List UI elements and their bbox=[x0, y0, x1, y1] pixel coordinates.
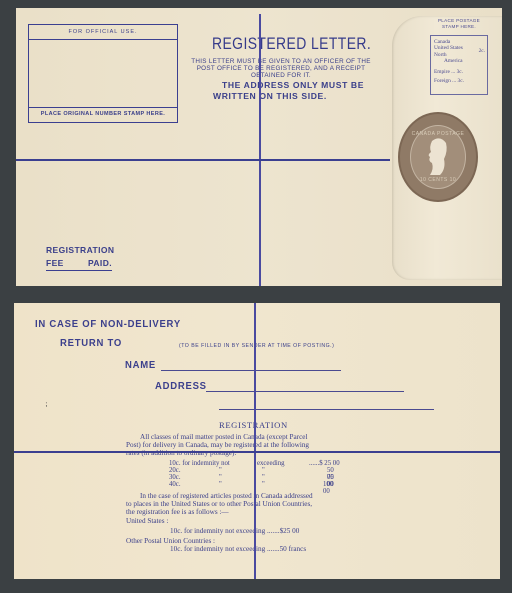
address-field-line-1[interactable] bbox=[206, 391, 404, 392]
postage-row: Empire ... 3c. bbox=[434, 69, 485, 75]
ink-speck: ⁏ bbox=[45, 400, 47, 408]
official-use-box: FOR OFFICIAL USE. PLACE ORIGINAL NUMBER … bbox=[28, 24, 178, 123]
address-field-line-2[interactable] bbox=[219, 409, 434, 410]
paragraph-line: All classes of mail matter posted in Can… bbox=[126, 433, 386, 441]
rate-col: exceeding bbox=[257, 460, 285, 467]
king-profile-icon: CANADA POSTAGE 10 CENTS 10 bbox=[410, 125, 466, 189]
postage-header-line: STAMP HERE. bbox=[430, 24, 488, 30]
instruction-line: POST OFFICE TO BE REGISTERED, AND A RECE… bbox=[186, 65, 376, 72]
registration-fee-paid: REGISTRATION FEE PAID. bbox=[46, 244, 114, 271]
fill-in-note: (TO BE FILLED IN BY SENDER AT TIME OF PO… bbox=[179, 343, 334, 350]
rate-row: 10c. for indemnity not exceeding ......$… bbox=[169, 460, 230, 467]
rate-row: 40c. " " 100 00 bbox=[169, 481, 181, 488]
ditto-mark: " bbox=[219, 467, 222, 474]
horizontal-fold-line bbox=[14, 451, 500, 453]
embossed-stamp: CANADA POSTAGE 10 CENTS 10 bbox=[398, 112, 478, 202]
address-note-line: WRITTEN ON THIS SIDE. bbox=[213, 91, 364, 102]
horizontal-fold-line bbox=[16, 159, 390, 161]
rate-fee: 10c. for indemnity not bbox=[169, 460, 230, 467]
envelope-front: FOR OFFICIAL USE. PLACE ORIGINAL NUMBER … bbox=[16, 8, 502, 286]
envelope-back: IN CASE OF NON-DELIVERY RETURN TO (TO BE… bbox=[14, 303, 500, 579]
paid-label: PAID. bbox=[88, 257, 112, 270]
instruction-line: THIS LETTER MUST BE GIVEN TO AN OFFICER … bbox=[186, 58, 376, 65]
ditto-mark: " bbox=[219, 481, 222, 488]
ditto-mark: " bbox=[262, 474, 265, 481]
us-rate: 10c. for indemnity not exceeding .......… bbox=[126, 527, 391, 535]
non-delivery-heading: IN CASE OF NON-DELIVERY bbox=[35, 319, 181, 330]
portrait-icon bbox=[410, 125, 466, 189]
registered-letter-title: REGISTERED LETTER. bbox=[212, 34, 371, 54]
rate-fee: 20c. bbox=[169, 467, 181, 474]
official-use-header: FOR OFFICIAL USE. bbox=[29, 25, 177, 40]
name-label: NAME bbox=[125, 360, 156, 371]
registration-paragraph-2: In the case of registered articles poste… bbox=[126, 492, 391, 553]
postage-row: America bbox=[434, 58, 485, 64]
registration-paragraph-1: All classes of mail matter posted in Can… bbox=[126, 433, 386, 458]
us-label: United States : bbox=[126, 517, 391, 525]
paragraph-line: In the case of registered articles poste… bbox=[126, 492, 391, 500]
number-stamp-label: PLACE ORIGINAL NUMBER STAMP HERE. bbox=[29, 107, 177, 122]
instruction-line: OBTAINED FOR IT. bbox=[186, 72, 376, 79]
other-rate: 10c. for indemnity not exceeding .......… bbox=[126, 545, 391, 553]
rate-amount: ......$ 25 00 bbox=[309, 460, 340, 467]
center-fold-line bbox=[259, 14, 261, 286]
postage-row: Foreign ... 3c. bbox=[434, 78, 485, 84]
paragraph-line: the registration fee is as follows :— bbox=[126, 508, 391, 516]
rate-fee: 30c. bbox=[169, 474, 181, 481]
postage-stamp-header: PLACE POSTAGE STAMP HERE. bbox=[430, 18, 488, 30]
bracket-rate: 2c. bbox=[479, 48, 485, 54]
rate-row: 30c. " " 75 00 bbox=[169, 474, 181, 481]
address-note-line: THE ADDRESS ONLY MUST BE bbox=[213, 80, 364, 91]
rate-row: 20c. " " 50 00 bbox=[169, 467, 181, 474]
fee-paid-line1: REGISTRATION bbox=[46, 244, 114, 257]
ditto-mark: " bbox=[262, 467, 265, 474]
instruction-text: THIS LETTER MUST BE GIVEN TO AN OFFICER … bbox=[186, 58, 376, 79]
center-fold-line bbox=[254, 303, 256, 579]
fee-label: FEE bbox=[46, 257, 64, 270]
postage-rates-box: Canada United States North America Empir… bbox=[430, 35, 488, 95]
rate-fee: 40c. bbox=[169, 481, 181, 488]
name-field-line[interactable] bbox=[161, 370, 341, 371]
address-note: THE ADDRESS ONLY MUST BE WRITTEN ON THIS… bbox=[213, 80, 364, 102]
return-to-heading: RETURN TO bbox=[60, 338, 122, 349]
paragraph-line: Post) for delivery in Canada, may be reg… bbox=[126, 441, 386, 449]
paragraph-line: to places in the United States or to oth… bbox=[126, 500, 391, 508]
other-label: Other Postal Union Countries : bbox=[126, 537, 391, 545]
address-label: ADDRESS bbox=[155, 381, 207, 392]
ditto-mark: " bbox=[219, 474, 222, 481]
ditto-mark: " bbox=[262, 481, 265, 488]
